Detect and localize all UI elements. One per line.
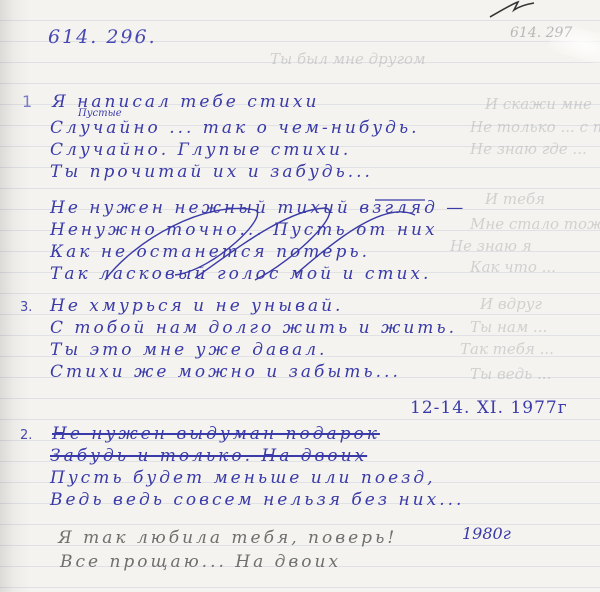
bleedthrough-text: Ты нам ... [470, 318, 547, 336]
poem-line: Случайно. Глупые стихи. [50, 140, 351, 160]
corner-checkmark-icon [488, 0, 538, 20]
bleedthrough-text: Не только ... с тобой [470, 118, 600, 136]
poem-line: С тобой нам долго жить и жить. [50, 318, 457, 338]
bleedthrough-text: И тебя [485, 190, 545, 208]
poem-line: Ты прочитай их и забудь... [50, 162, 373, 182]
date-note: 12-14. XI. 1977г [410, 398, 568, 418]
poem-line: Ведь ведь совсем нельзя без них... [50, 490, 464, 510]
poem-line: Стихи же можно и забыть... [50, 362, 401, 382]
bleedthrough-text: Не знаю я [450, 237, 532, 255]
bleedthrough-text: И вдруг [480, 295, 542, 313]
bleedthrough-text: Ты был мне другом [270, 50, 426, 68]
bleedthrough-text: Мне стало тоже [470, 215, 600, 233]
poem-line: Пусть будет меньше или поезд, [50, 468, 436, 488]
stanza-number: 3. [20, 300, 32, 315]
cross-out-scribble [95, 180, 425, 290]
bleedthrough-text: И скажи мне [485, 95, 592, 113]
poem-line: Случайно ... так о чем-нибудь. [50, 118, 420, 138]
date-note: 1980г [462, 524, 511, 543]
bleedthrough-text: Ты ведь ... [470, 365, 551, 383]
bleedthrough-text: Как что ... [470, 258, 556, 276]
poem-line: Я написал тебе стихи [52, 92, 319, 112]
stanza-number: 1 [22, 92, 32, 111]
poem-line-pencil: Все прощаю... На двоих [60, 552, 341, 572]
poem-line: Ты это мне уже давал. [50, 340, 327, 360]
archive-reference: 614. 296. [48, 26, 157, 48]
poem-line: Не хмурься и не унывай. [50, 296, 343, 316]
bleedthrough-text: Так тебя ... [460, 340, 554, 358]
poem-line-struck: Не нужен выдуман подарок [52, 424, 380, 444]
stanza-number: 2. [20, 428, 32, 443]
manuscript-page: Ты был мне другом И скажи мне Не только … [0, 0, 600, 592]
poem-line-struck: Забудь и только. На двоих [50, 446, 367, 466]
poem-line-pencil: Я так любила тебя, поверь! [58, 528, 397, 548]
bleedthrough-text: Не знаю где ... [470, 140, 587, 158]
archive-reference-faint: 614. 297 [510, 25, 572, 41]
